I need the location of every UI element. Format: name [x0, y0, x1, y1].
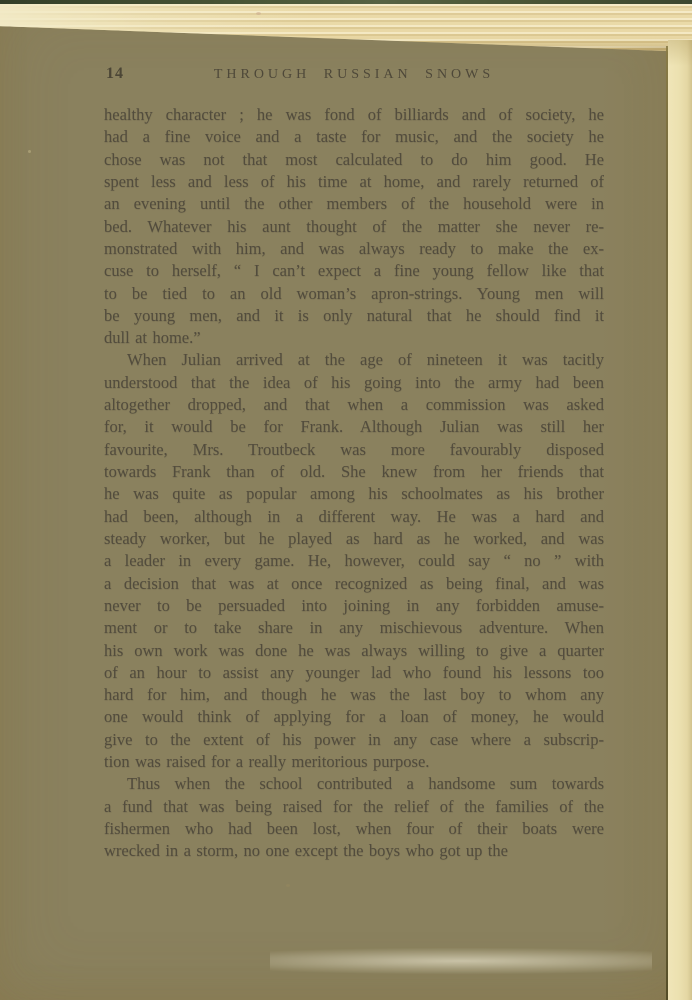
text-line: bed. Whatever his aunt thought of the ma…	[104, 216, 604, 238]
text-line: a fund that was being raised for the rel…	[104, 796, 604, 818]
text-line: his own work was done he was always will…	[104, 640, 604, 662]
body-text: healthy character ; he was fond of billi…	[104, 104, 604, 863]
text-line: When Julian arrived at the age of ninete…	[104, 349, 604, 371]
text-line: chose was not that most calculated to do…	[104, 149, 604, 171]
text-line: towards Frank than of old. She knew from…	[104, 461, 604, 483]
text-line: a decision that was at once recognized a…	[104, 573, 604, 595]
text-line: hard for him, and though he was the last…	[104, 684, 604, 706]
text-line: a leader in every game. He, however, cou…	[104, 550, 604, 572]
text-line: an evening until the other members of th…	[104, 193, 604, 215]
text-line: altogether dropped, and that when a comm…	[104, 394, 604, 416]
text-line: had a fine voice and a taste for music, …	[104, 126, 604, 148]
paper-speck	[256, 12, 261, 15]
text-line: be young men, and it is only natural tha…	[104, 305, 604, 327]
text-line: ment or to take share in any mischievous…	[104, 617, 604, 639]
running-head: THROUGH RUSSIAN SNOWS	[104, 67, 604, 83]
paper-speck	[286, 884, 290, 887]
text-line: spent less and less of his time at home,…	[104, 171, 604, 193]
text-line: wrecked in a storm, no one except the bo…	[104, 840, 604, 862]
text-line: cuse to herself, “ I can’t expect a fine…	[104, 260, 604, 282]
text-line: dull at home.”	[104, 327, 604, 349]
text-line: had been, although in a different way. H…	[104, 506, 604, 528]
text-line: monstrated with him, and was always read…	[104, 238, 604, 260]
paper-sheen	[270, 946, 652, 976]
text-line: never to be persuaded into joining in an…	[104, 595, 604, 617]
page-edges-top	[0, 4, 692, 52]
paper-speck	[28, 150, 31, 153]
page-edges-right	[668, 40, 692, 1000]
text-line: tion was raised for a really meritorious…	[104, 751, 604, 773]
text-line: of an hour to assist any younger lad who…	[104, 662, 604, 684]
text-line: give to the extent of his power in any c…	[104, 729, 604, 751]
text-line: he was quite as popular among his school…	[104, 483, 604, 505]
text-line: fishermen who had been lost, when four o…	[104, 818, 604, 840]
text-line: for, it would be for Frank. Although Jul…	[104, 416, 604, 438]
text-line: healthy character ; he was fond of billi…	[104, 104, 604, 126]
scanned-book-page: 14 THROUGH RUSSIAN SNOWS healthy charact…	[0, 0, 692, 1000]
text-line: Thus when the school contributed a hands…	[104, 773, 604, 795]
page-gutter-shadow	[596, 46, 666, 1000]
text-line: to be tied to an old woman’s apron-strin…	[104, 283, 604, 305]
text-line: steady worker, but he played as hard as …	[104, 528, 604, 550]
text-line: understood that the idea of his going in…	[104, 372, 604, 394]
text-line: one would think of applying for a loan o…	[104, 706, 604, 728]
text-line: favourite, Mrs. Troutbeck was more favou…	[104, 439, 604, 461]
